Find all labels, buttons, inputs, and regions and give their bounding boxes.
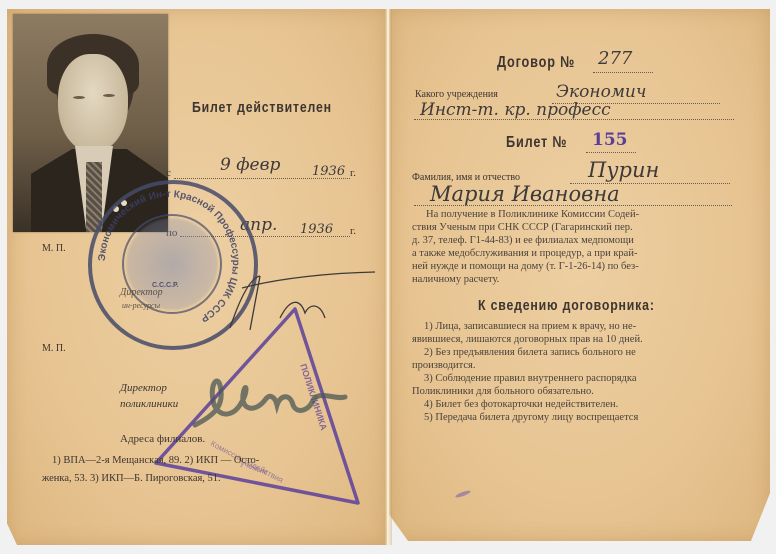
valid-from-date: 9 февр <box>220 155 280 175</box>
ticket-number: 155 <box>592 130 628 150</box>
description-line-1: На получение в Поликлинике Комиссии Соде… <box>426 208 639 221</box>
institution-line-1: Экономич <box>556 82 646 102</box>
notice-line-4: производится. <box>412 359 476 372</box>
center-fold <box>384 9 392 545</box>
notice-line-6: Поликлиники для больного обязательно. <box>412 385 594 398</box>
branches-title: Адреса филиалов. <box>120 433 205 445</box>
stamp-overprint-1: Директор <box>120 287 163 298</box>
branches-line-1: 1) ВПА—2-я Мещанская, 89. 2) ИКП — Осто- <box>52 455 259 466</box>
description-line-3: д. 37, телеф. Г1-44-83) и ее филиалах ме… <box>412 234 634 247</box>
institution-line-2: Инст-т. кр. професс <box>420 100 611 120</box>
director-signature-2 <box>185 375 360 440</box>
description-line-4: а также медобслуживания и процедур, а пр… <box>412 247 637 260</box>
valid-to-year: 1936 <box>300 222 333 237</box>
branches-line-2: женка, 53. 3) ИКП—Б. Пироговская, 51. <box>42 473 221 484</box>
notice-line-3: 2) Без предъявления билета запись больно… <box>424 346 636 359</box>
seal-mark-2: М. П. <box>42 343 66 354</box>
notice-line-5: 3) Соблюдение правил внутреннего распоря… <box>424 372 637 385</box>
description-line-5: ней нужде и помощи на дому (т. Г-1-26-14… <box>412 260 639 273</box>
seal-mark-1: М. П. <box>42 243 66 254</box>
surname: Пурин <box>588 158 659 182</box>
year-suffix-1: г. <box>350 167 356 179</box>
given-names: Мария Ивановна <box>430 182 620 206</box>
notice-title: К сведению договорника: <box>478 297 655 314</box>
description-line-6: наличному расчету. <box>412 273 499 286</box>
valid-label: Билет действителен <box>192 99 332 116</box>
contract-number: 277 <box>598 48 632 69</box>
institution-label: Какого учреждения <box>415 89 498 100</box>
notice-line-7: 4) Билет без фотокарточки недействителен… <box>424 398 618 411</box>
valid-from-year: 1936 <box>312 164 345 179</box>
notice-line-1: 1) Лица, записавшиеся на прием к врачу, … <box>424 320 636 333</box>
notice-line-8: 5) Передача билета другому лицу воспреща… <box>424 411 638 424</box>
contract-label: Договор № <box>497 54 575 72</box>
notice-line-2: явившиеся, лишаются договорных прав на 1… <box>412 333 643 346</box>
description-line-2: ствия Ученым при СНК СССР (Гагаринский п… <box>412 221 633 234</box>
year-suffix-2: г. <box>350 225 356 237</box>
ticket-label: Билет № <box>506 134 567 152</box>
valid-from-prefix: с <box>166 167 171 179</box>
